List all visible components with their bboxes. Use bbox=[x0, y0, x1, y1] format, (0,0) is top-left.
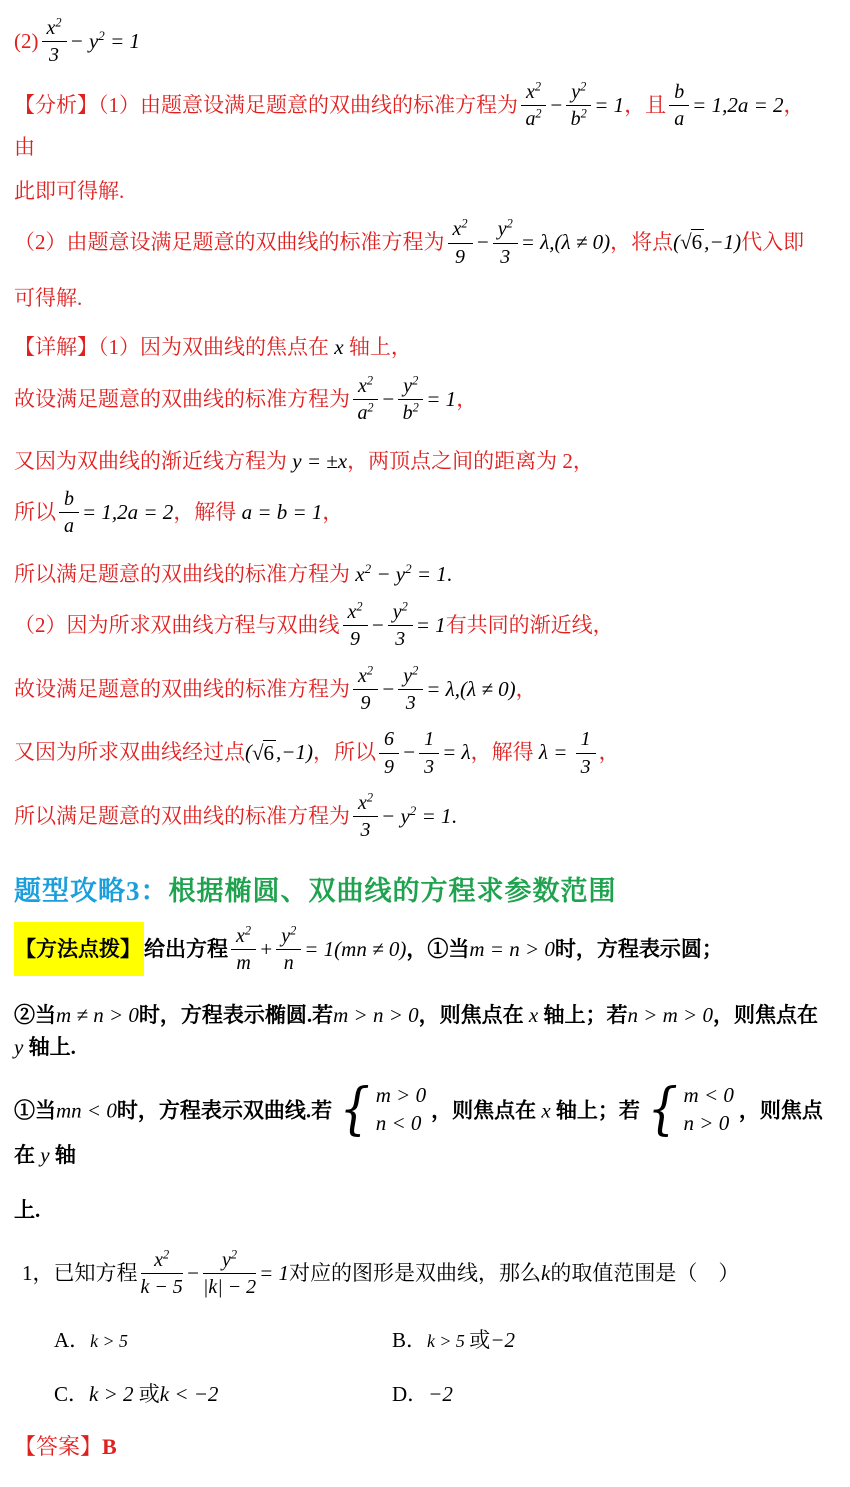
text-segment: （2）由题意设满足题意的双曲线的标准方程为 bbox=[14, 230, 445, 254]
fraction: x23 bbox=[353, 791, 378, 842]
text-segment: m = n > 0 bbox=[469, 937, 555, 961]
text-segment: 轴 bbox=[55, 1143, 76, 1167]
text-segment: 时，方程表示双曲线.若 bbox=[117, 1098, 332, 1122]
text-segment: 又因为双曲线的渐近线方程为 bbox=[14, 449, 287, 473]
text-segment: 给出方程 bbox=[144, 937, 228, 961]
text-segment: = 1,2a = 2 bbox=[692, 93, 783, 117]
text-segment: ， bbox=[516, 677, 537, 701]
text-segment: − bbox=[371, 613, 385, 637]
text-segment: 轴上；若 bbox=[543, 1003, 627, 1027]
text-segment: B bbox=[102, 1434, 117, 1459]
method-note: 【方法点拨】给出方程x2m+y2n= 1(mn ≠ 0)，①当m = n > 0… bbox=[14, 926, 824, 977]
option-cell: A．k > 5 bbox=[54, 1325, 392, 1355]
fraction: y23 bbox=[398, 664, 423, 715]
text-segment: = λ bbox=[442, 741, 471, 765]
text-segment: 题型攻略3： bbox=[14, 876, 169, 906]
text-segment: − bbox=[402, 741, 416, 765]
detail-part2-substitute: 又因为所求双曲线经过点(√6,−1)，所以69−13= λ，解得 λ = 13， bbox=[14, 729, 824, 780]
detail-part1-focus: 【详解】（1）因为双曲线的焦点在 x 轴上， bbox=[14, 332, 824, 362]
case-row: n < 0 bbox=[376, 1112, 426, 1135]
sqrt-expression: √6 bbox=[680, 230, 704, 254]
detail-part1-solve: 所以ba= 1,2a = 2，解得 a = b = 1， bbox=[14, 489, 824, 540]
text-segment: = 1 bbox=[259, 1261, 289, 1285]
text-segment: . bbox=[447, 562, 452, 586]
text-segment: ， bbox=[599, 741, 620, 765]
text-segment: 轴上， bbox=[349, 335, 412, 359]
text-segment: m ≠ n > 0 bbox=[56, 1003, 139, 1027]
document-page: (2)x23− y2 = 1【分析】（1）由题意设满足题意的双曲线的标准方程为x… bbox=[0, 0, 850, 1487]
text-segment: 所以满足题意的双曲线的标准方程为 bbox=[14, 804, 350, 828]
fraction: ba bbox=[669, 80, 689, 131]
text-segment: ，两顶点之间的距离为 2， bbox=[347, 449, 594, 473]
text-segment: x bbox=[524, 1003, 544, 1027]
sqrt-expression: √6 bbox=[252, 741, 276, 765]
eq-2-result: (2)x23− y2 = 1 bbox=[14, 18, 824, 69]
text-segment: ， bbox=[322, 500, 343, 524]
text-segment: ( bbox=[245, 741, 252, 765]
text-segment: 故设满足题意的双曲线的标准方程为 bbox=[14, 677, 350, 701]
text-segment: 时，方程表示椭圆.若 bbox=[139, 1003, 333, 1027]
left-brace: { bbox=[340, 1083, 370, 1136]
fraction: y23 bbox=[493, 217, 518, 268]
text-segment: ①当 bbox=[14, 1098, 56, 1122]
text-segment: = 1 bbox=[594, 93, 624, 117]
cases-group: {m < 0n > 0 bbox=[645, 1083, 734, 1136]
section-heading: 题型攻略3：根据椭圆、双曲线的方程求参数范围 bbox=[14, 872, 824, 911]
text-segment: 轴上；若 bbox=[556, 1098, 640, 1122]
case-row: m < 0 bbox=[684, 1084, 734, 1107]
analysis-part2-cont: 可得解. bbox=[14, 283, 824, 313]
text-segment: λ = bbox=[534, 741, 573, 765]
options-row-2: C．k > 2 或k < −2D．−2 bbox=[14, 1379, 824, 1409]
fraction: x29 bbox=[343, 600, 368, 651]
detail-part1-asymptote: 又因为双曲线的渐近线方程为 y = ±x，两顶点之间的距离为 2， bbox=[14, 446, 824, 476]
text-segment: y = ±x bbox=[287, 449, 347, 473]
fraction: x29 bbox=[353, 664, 378, 715]
detail-part1-answer: 所以满足题意的双曲线的标准方程为 x2 − y2 = 1. bbox=[14, 559, 824, 589]
text-segment: n > m > 0 bbox=[627, 1003, 713, 1027]
text-segment: = λ,(λ ≠ 0) bbox=[521, 230, 610, 254]
analysis-part1-cont: 此即可得解. bbox=[14, 176, 824, 206]
text-segment: k > 5 bbox=[427, 1331, 469, 1351]
analysis-part2: （2）由题意设满足题意的双曲线的标准方程为x29−y23= λ,(λ ≠ 0)，… bbox=[14, 219, 824, 270]
fraction: x2a2 bbox=[521, 80, 546, 131]
option-cell: B．k > 5 或−2 bbox=[392, 1325, 730, 1355]
text-segment: B． bbox=[392, 1328, 427, 1352]
text-segment: ， bbox=[456, 387, 477, 411]
text-segment: + bbox=[259, 937, 273, 961]
text-segment: 代入即 bbox=[741, 230, 804, 254]
text-segment: 时，方程表示圆； bbox=[555, 937, 723, 961]
fraction: x2m bbox=[231, 924, 256, 975]
fraction: x29 bbox=[448, 217, 473, 268]
text-segment: − bbox=[381, 387, 395, 411]
radical-sign: √ bbox=[252, 741, 264, 765]
text-segment: ②当 bbox=[14, 1003, 56, 1027]
text-segment: A． bbox=[54, 1328, 90, 1352]
text-segment: ,−1) bbox=[704, 230, 741, 254]
options-row-1: A．k > 5B．k > 5 或−2 bbox=[14, 1325, 824, 1355]
text-segment: D． bbox=[392, 1382, 428, 1406]
text-segment: −2 bbox=[428, 1382, 453, 1406]
text-segment: 根据椭圆、双曲线的方程求参数范围 bbox=[169, 876, 617, 906]
text-segment: 此即可得解. bbox=[14, 179, 124, 203]
text-segment: ，①当 bbox=[406, 937, 469, 961]
fraction: y2n bbox=[276, 924, 301, 975]
text-segment: x2 − y2 = 1 bbox=[350, 562, 447, 586]
fraction: y2b2 bbox=[566, 80, 591, 131]
fraction: y2|k| − 2 bbox=[203, 1248, 256, 1299]
text-segment: − y2 = 1 bbox=[381, 804, 451, 828]
method-hyperbola-case: ①当mn < 0时，方程表示双曲线.若{m > 0n < 0，则焦点在 x 轴上… bbox=[14, 1086, 824, 1172]
text-segment: 的取值范围是（ ） bbox=[550, 1261, 739, 1285]
text-segment: = 1(mn ≠ 0) bbox=[304, 937, 406, 961]
text-segment: 有共同的渐近线， bbox=[446, 613, 614, 637]
fraction: 13 bbox=[419, 727, 439, 778]
text-segment: 【答案】 bbox=[14, 1434, 102, 1459]
text-segment: 【详解】（1）因为双曲线的焦点在 bbox=[14, 335, 329, 359]
text-segment: (2) bbox=[14, 29, 39, 53]
question-1: 1，已知方程x2k − 5−y2|k| − 2= 1对应的图形是双曲线，那么k的… bbox=[14, 1250, 824, 1301]
text-segment: m > n > 0 bbox=[333, 1003, 419, 1027]
detail-part2-answer: 所以满足题意的双曲线的标准方程为x23− y2 = 1. bbox=[14, 793, 824, 844]
text-segment: = 1 bbox=[416, 613, 446, 637]
text-segment: k bbox=[541, 1261, 550, 1285]
text-segment: y bbox=[35, 1143, 55, 1167]
text-segment: 可得解. bbox=[14, 286, 82, 310]
text-segment: 【方法点拨】 bbox=[14, 922, 144, 976]
text-segment: − y2 = 1 bbox=[70, 29, 140, 53]
text-segment: k < −2 bbox=[160, 1382, 219, 1406]
text-segment: ，解得 bbox=[173, 500, 236, 524]
text-segment: ,−1) bbox=[276, 741, 313, 765]
text-segment: x bbox=[329, 335, 349, 359]
text-segment: k > 2 bbox=[89, 1382, 139, 1406]
cases-group: {m > 0n < 0 bbox=[337, 1083, 426, 1136]
text-segment: ，将点 bbox=[610, 230, 673, 254]
fraction: x23 bbox=[42, 16, 67, 67]
text-segment: C． bbox=[54, 1382, 89, 1406]
case-row: n > 0 bbox=[684, 1112, 734, 1135]
text-segment: ，所以 bbox=[313, 741, 376, 765]
text-segment: − bbox=[186, 1261, 200, 1285]
fraction: ba bbox=[59, 487, 79, 538]
text-segment: − bbox=[549, 93, 563, 117]
fraction: y23 bbox=[388, 600, 413, 651]
text-segment: 【分析】（1）由题意设满足题意的双曲线的标准方程为 bbox=[14, 93, 518, 117]
text-segment: ，则焦点在 bbox=[431, 1098, 536, 1122]
fraction: x2k − 5 bbox=[141, 1248, 183, 1299]
text-segment: ，解得 bbox=[471, 741, 534, 765]
option-cell: D．−2 bbox=[392, 1379, 730, 1409]
text-segment: x bbox=[536, 1098, 556, 1122]
text-segment: − bbox=[381, 677, 395, 701]
fraction: y2b2 bbox=[398, 374, 423, 425]
detail-part1-standard-eq: 故设满足题意的双曲线的标准方程为x2a2−y2b2= 1， bbox=[14, 376, 824, 427]
method-ellipse-case: ②当m ≠ n > 0时，方程表示椭圆.若m > n > 0，则焦点在 x 轴上… bbox=[14, 999, 824, 1064]
text-segment: = λ,(λ ≠ 0) bbox=[426, 677, 515, 701]
text-segment: k > 5 bbox=[90, 1331, 128, 1351]
text-segment: . bbox=[451, 804, 456, 828]
method-hyperbola-cont: 上. bbox=[14, 1195, 824, 1225]
text-segment: 上. bbox=[14, 1198, 40, 1222]
text-segment: − bbox=[476, 230, 490, 254]
text-segment: 又因为所求双曲线经过点 bbox=[14, 741, 245, 765]
case-row: m > 0 bbox=[376, 1084, 426, 1107]
radical-sign: √ bbox=[680, 230, 692, 254]
answer-line: 【答案】B bbox=[14, 1431, 824, 1463]
text-segment: ，且 bbox=[624, 93, 666, 117]
left-brace: { bbox=[648, 1083, 678, 1136]
document-body: (2)x23− y2 = 1【分析】（1）由题意设满足题意的双曲线的标准方程为x… bbox=[14, 18, 824, 1463]
text-segment: = 1 bbox=[426, 387, 456, 411]
text-segment: 对应的图形是双曲线，那么 bbox=[289, 1261, 541, 1285]
text-segment: = 1,2a = 2 bbox=[82, 500, 173, 524]
text-segment: 故设满足题意的双曲线的标准方程为 bbox=[14, 387, 350, 411]
text-segment: 或 bbox=[139, 1382, 160, 1406]
text-segment: （2）因为所求双曲线方程与双曲线 bbox=[14, 613, 340, 637]
text-segment: 所以满足题意的双曲线的标准方程为 bbox=[14, 562, 350, 586]
fraction: 69 bbox=[379, 727, 399, 778]
text-segment: 1，已知方程 bbox=[22, 1261, 138, 1285]
text-segment: −2 bbox=[490, 1328, 515, 1352]
text-segment: 所以 bbox=[14, 500, 56, 524]
detail-part2-standard-eq: 故设满足题意的双曲线的标准方程为x29−y23= λ,(λ ≠ 0)， bbox=[14, 666, 824, 717]
analysis-part1: 【分析】（1）由题意设满足题意的双曲线的标准方程为x2a2−y2b2= 1，且b… bbox=[14, 82, 824, 163]
fraction: 13 bbox=[576, 727, 596, 778]
option-cell: C．k > 2 或k < −2 bbox=[54, 1379, 392, 1409]
text-segment: y bbox=[14, 1035, 29, 1059]
text-segment: 或 bbox=[469, 1328, 490, 1352]
text-segment: ，则焦点在 bbox=[713, 1003, 818, 1027]
text-segment: ，则焦点在 bbox=[419, 1003, 524, 1027]
text-segment: mn < 0 bbox=[56, 1098, 117, 1122]
text-segment: 轴上. bbox=[29, 1035, 76, 1059]
fraction: x2a2 bbox=[353, 374, 378, 425]
detail-part2-common-asymptote: （2）因为所求双曲线方程与双曲线x29−y23= 1有共同的渐近线， bbox=[14, 602, 824, 653]
text-segment: a = b = 1 bbox=[236, 500, 322, 524]
